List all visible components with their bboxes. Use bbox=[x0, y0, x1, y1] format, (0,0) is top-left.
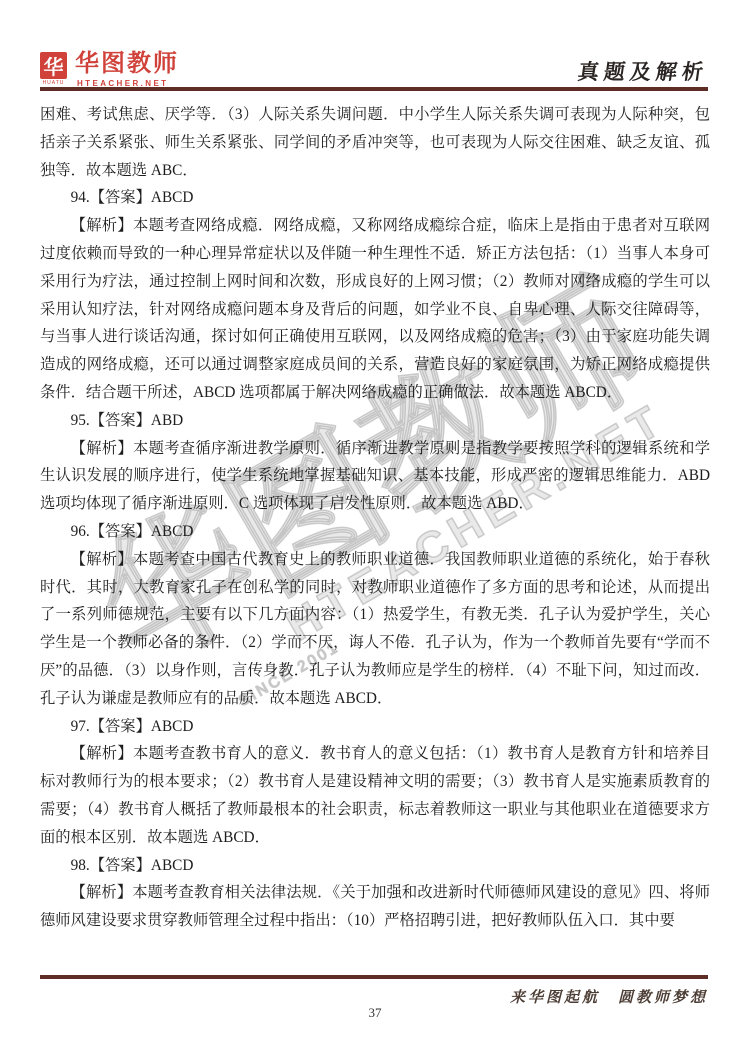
paragraph-continuation: 困难、考试焦虑、厌学等．（3）人际关系失调问题．中小学生人际关系失调可表现为人际… bbox=[40, 101, 710, 184]
analysis-para-97: 【解析】本题考查教书育人的意义．教书育人的意义包括：（1）教书育人是教育方针和培… bbox=[40, 740, 710, 851]
logo-caption: HUATU bbox=[43, 80, 65, 86]
answer-line-98: 98.【答案】ABCD bbox=[40, 852, 710, 880]
analysis-para-94: 【解析】本题考查网络成瘾．网络成瘾，又称网络成瘾综合症，临床上是指由于患者对互联… bbox=[40, 212, 710, 407]
page-number: 37 bbox=[0, 1005, 750, 1021]
page-header: 华 HUATU 华图教师 HTEACHER.NET 真题及解析 bbox=[40, 40, 708, 88]
huatu-logo: 华 HUATU 华图教师 HTEACHER.NET bbox=[40, 52, 179, 88]
answer-line-97: 97.【答案】ABCD bbox=[40, 713, 710, 741]
document-body: 困难、考试焦虑、厌学等．（3）人际关系失调问题．中小学生人际关系失调可表现为人际… bbox=[40, 101, 710, 935]
page-title: 真题及解析 bbox=[576, 56, 710, 88]
answer-line-95: 95.【答案】ABD bbox=[40, 407, 710, 435]
analysis-para-98: 【解析】本题考查教育相关法律法规．《关于加强和改进新时代师德师风建设的意见》四、… bbox=[40, 879, 710, 935]
huatu-logo-icon: 华 bbox=[40, 52, 67, 79]
document-page: 华 HUATU 华图教师 HTEACHER.NET 真题及解析 华图教师 HTE… bbox=[0, 0, 750, 1061]
answer-line-94: 94.【答案】ABCD bbox=[40, 184, 710, 212]
logo-mark-wrap: 华 HUATU bbox=[40, 52, 67, 86]
brand-name: 华图教师 bbox=[75, 52, 179, 77]
analysis-para-96: 【解析】本题考查中国古代教育史上的教师职业道德．我国教师职业道德的系统化，始于春… bbox=[40, 546, 710, 713]
answer-line-96: 96.【答案】ABCD bbox=[40, 518, 710, 546]
logo-text: 华图教师 HTEACHER.NET bbox=[75, 52, 179, 88]
analysis-para-95: 【解析】本题考查循序渐进教学原则．循序渐进教学原则是指教学要按照学科的逻辑系统和… bbox=[40, 435, 710, 518]
footer-divider bbox=[40, 975, 708, 979]
header-divider bbox=[40, 87, 708, 91]
footer-slogan: 来华图起航 圆教师梦想 bbox=[510, 986, 708, 1007]
